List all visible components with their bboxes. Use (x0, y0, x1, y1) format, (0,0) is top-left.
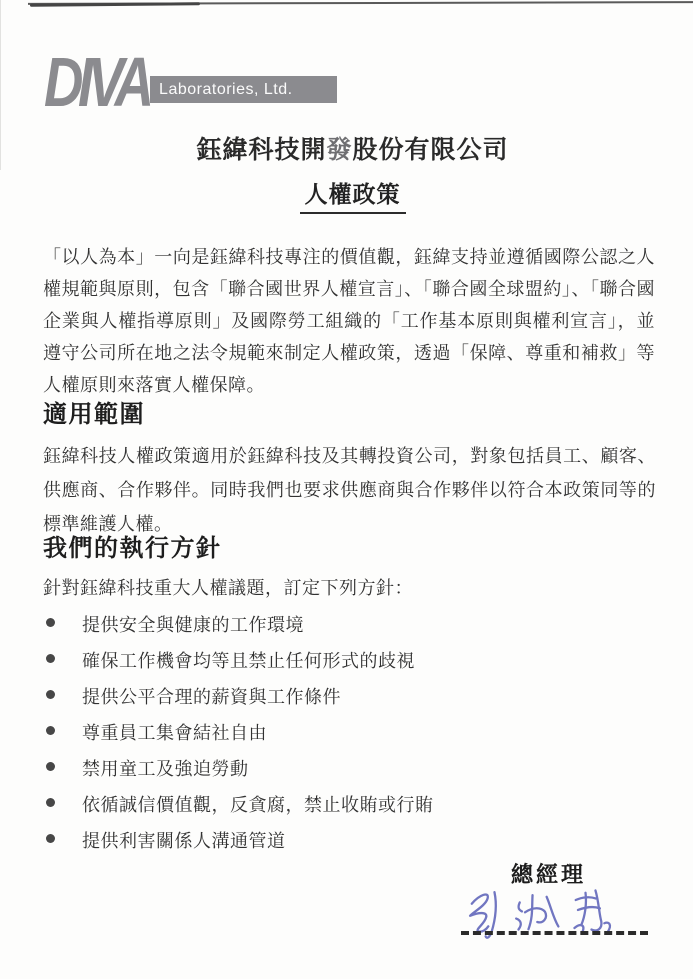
bullet-dot-icon (46, 726, 55, 735)
section-body-scope: 鈺緯科技人權政策適用於鈺緯科技及其轉投資公司，對象包括員工、顧客、供應商、合作夥… (43, 439, 656, 541)
section-body-guidelines: 針對鈺緯科技重大人權議題，訂定下列方針： (43, 571, 663, 605)
doc-title-wrap: 人權政策 (12, 176, 693, 214)
list-item-text: 尊重員工集會結社自由 (82, 719, 267, 745)
company-logo: DIVA Laboratories, Ltd. (44, 55, 337, 111)
intro-paragraph: 「以人為本」一向是鈺緯科技專注的價值觀，鈺緯支持並遵循國際公認之人權規範與原則，… (43, 241, 655, 401)
company-title-post: 股份有限公司 (353, 136, 509, 164)
company-title-light-char: 發 (326, 136, 352, 164)
list-item: 提供利害關係人溝通管道 (46, 827, 434, 849)
list-item-text: 提供利害關係人溝通管道 (82, 827, 286, 853)
policy-list: 提供安全與健康的工作環境 確保工作機會均等且禁止任何形式的歧視 提供公平合理的薪… (46, 611, 434, 863)
list-item-text: 依循誠信價值觀，反貪腐，禁止收賄或行賄 (82, 791, 434, 817)
section-heading-scope: 適用範圍 (43, 394, 145, 429)
bullet-dot-icon (46, 654, 55, 663)
document-page: DIVA Laboratories, Ltd. 鈺緯科技開發股份有限公司 人權政… (0, 0, 693, 979)
logo-tagline-bar: Laboratories, Ltd. (150, 76, 337, 103)
logo-wordmark: DIVA (44, 55, 149, 109)
list-item-text: 提供安全與健康的工作環境 (82, 611, 304, 637)
list-item: 依循誠信價值觀，反貪腐，禁止收賄或行賄 (46, 791, 434, 813)
list-item: 尊重員工集會結社自由 (46, 719, 434, 741)
bullet-dot-icon (46, 834, 55, 843)
company-title: 鈺緯科技開發股份有限公司 (12, 130, 693, 166)
bullet-dot-icon (46, 618, 55, 627)
list-item: 提供公平合理的薪資與工作條件 (46, 683, 434, 705)
scan-artifact-left-edge (0, 0, 1, 170)
list-item-text: 提供公平合理的薪資與工作條件 (82, 683, 341, 709)
list-item: 提供安全與健康的工作環境 (46, 611, 434, 633)
section-heading-guidelines: 我們的執行方針 (43, 528, 222, 563)
signature-line (461, 931, 648, 935)
bullet-dot-icon (46, 690, 55, 699)
list-item-text: 確保工作機會均等且禁止任何形式的歧視 (82, 647, 415, 673)
bullet-dot-icon (46, 798, 55, 807)
scan-artifact-top-blob (30, 2, 200, 6)
list-item: 禁用童工及強迫勞動 (46, 755, 434, 777)
doc-title: 人權政策 (300, 176, 406, 214)
list-item: 確保工作機會均等且禁止任何形式的歧視 (46, 647, 434, 669)
list-item-text: 禁用童工及強迫勞動 (82, 755, 249, 781)
company-title-pre: 鈺緯科技開 (196, 136, 326, 164)
bullet-dot-icon (46, 762, 55, 771)
